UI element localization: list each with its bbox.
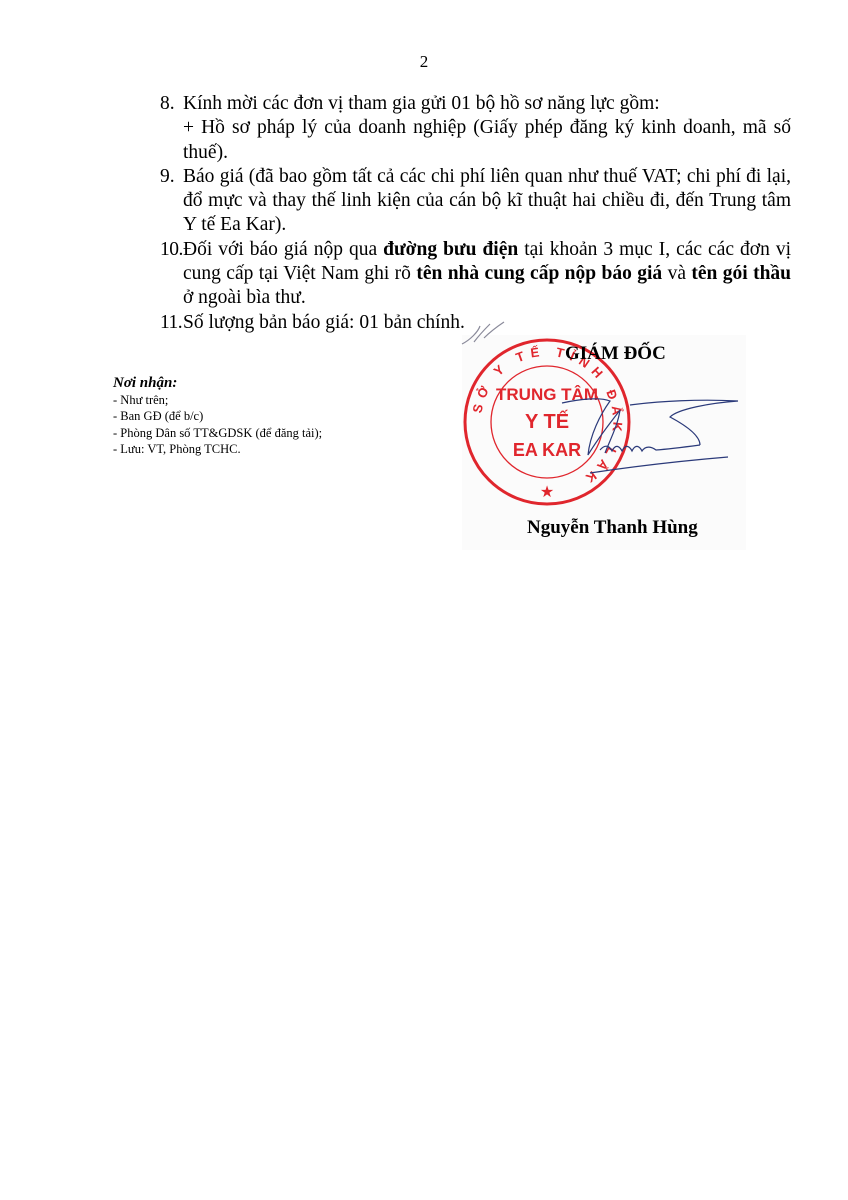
numbered-list: 8. Kính mời các đơn vị tham gia gửi 01 b… — [160, 92, 791, 335]
item-text: Báo giá (đã bao gồm tất cả các chi phí l… — [183, 166, 791, 236]
item-text-part: Đối với báo giá nộp qua — [183, 239, 383, 260]
item-number: 10. — [160, 238, 183, 262]
page-number: 2 — [0, 52, 848, 72]
recipient-item: - Phòng Dân số TT&GDSK (để đăng tải); — [113, 425, 322, 441]
signatory-title: GIÁM ĐỐC — [565, 343, 666, 365]
recipients-block: Nơi nhận: - Như trên; - Ban GĐ (để b/c) … — [113, 374, 322, 458]
item-text-bold: tên gói thầu — [691, 263, 791, 284]
item-subtext: + Hồ sơ pháp lý của doanh nghiệp (Giấy p… — [183, 116, 791, 165]
handwritten-signature-icon — [560, 395, 740, 480]
item-text: Kính mời các đơn vị tham gia gửi 01 bộ h… — [183, 93, 660, 114]
item-text-bold: tên nhà cung cấp nộp báo giá — [416, 263, 662, 284]
item-number: 9. — [160, 165, 175, 189]
recipient-item: - Ban GĐ (để b/c) — [113, 408, 322, 424]
list-item-8: 8. Kính mời các đơn vị tham gia gửi 01 b… — [160, 92, 791, 165]
item-text-part: và — [662, 263, 691, 284]
item-text-bold: đường bưu điện — [383, 239, 518, 260]
list-item-10: 10. Đối với báo giá nộp qua đường bưu đi… — [160, 238, 791, 311]
item-text-part: ở ngoài bìa thư. — [183, 287, 306, 308]
recipients-title: Nơi nhận: — [113, 374, 322, 392]
item-text: Số lượng bản báo giá: 01 bản chính. — [183, 312, 465, 333]
signatory-name: Nguyễn Thanh Hùng — [527, 517, 698, 539]
item-number: 11. — [160, 311, 182, 335]
list-item-9: 9. Báo giá (đã bao gồm tất cả các chi ph… — [160, 165, 791, 238]
recipient-item: - Lưu: VT, Phòng TCHC. — [113, 441, 322, 457]
star-icon: ★ — [540, 482, 554, 501]
item-number: 8. — [160, 92, 175, 116]
recipient-item: - Như trên; — [113, 392, 322, 408]
